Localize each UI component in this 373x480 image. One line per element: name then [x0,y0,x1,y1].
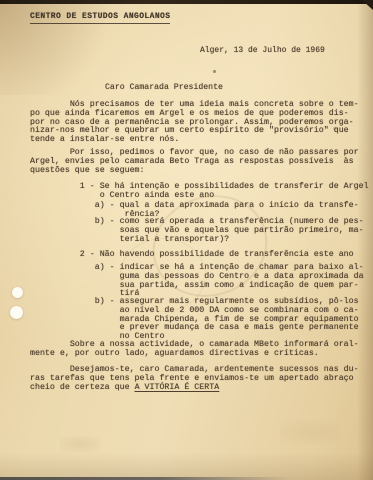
paragraph-request: Por isso, pedimos o favor que, no caso d… [30,149,359,175]
scan-edge-top [0,0,373,4]
letter-page: CENTRO DE ESTUDOS ANGOLANOS Alger, 13 de… [0,0,373,480]
list-item-2a: a) - indicar se há a intenção de chamar … [30,264,364,299]
closing-paragraph: Desejamos-te, caro Camarada, ardentement… [30,366,359,392]
list-item-2b: b) - assegurar mais regularmente os subs… [30,298,359,342]
punch-hole [10,306,23,319]
dateline: Alger, 13 de Julho de 1969 [200,47,325,56]
paragraph-activity: Sobre a nossa actividade, o camarada MBe… [30,341,359,359]
list-item-2: 2 - Não havendo possibilidade de transfe… [30,251,354,260]
paper-stain [60,436,100,452]
victory-slogan: A VITÓRIA É CERTA [135,383,220,392]
punch-hole [12,287,23,298]
list-item-1: 1 - Se há intenção e possibilidades de t… [30,183,369,201]
paper-speck [213,70,216,73]
salutation: Caro Camarada Presidente [105,84,223,93]
paper-stain [280,420,340,444]
scan-shadow-bottom [0,452,373,480]
list-item-1b: b) - como será operada a transferência (… [30,218,364,244]
paragraph-intro: Nós precisamos de ter uma ideia mais con… [30,101,359,145]
letterhead: CENTRO DE ESTUDOS ANGOLANOS [30,13,170,24]
